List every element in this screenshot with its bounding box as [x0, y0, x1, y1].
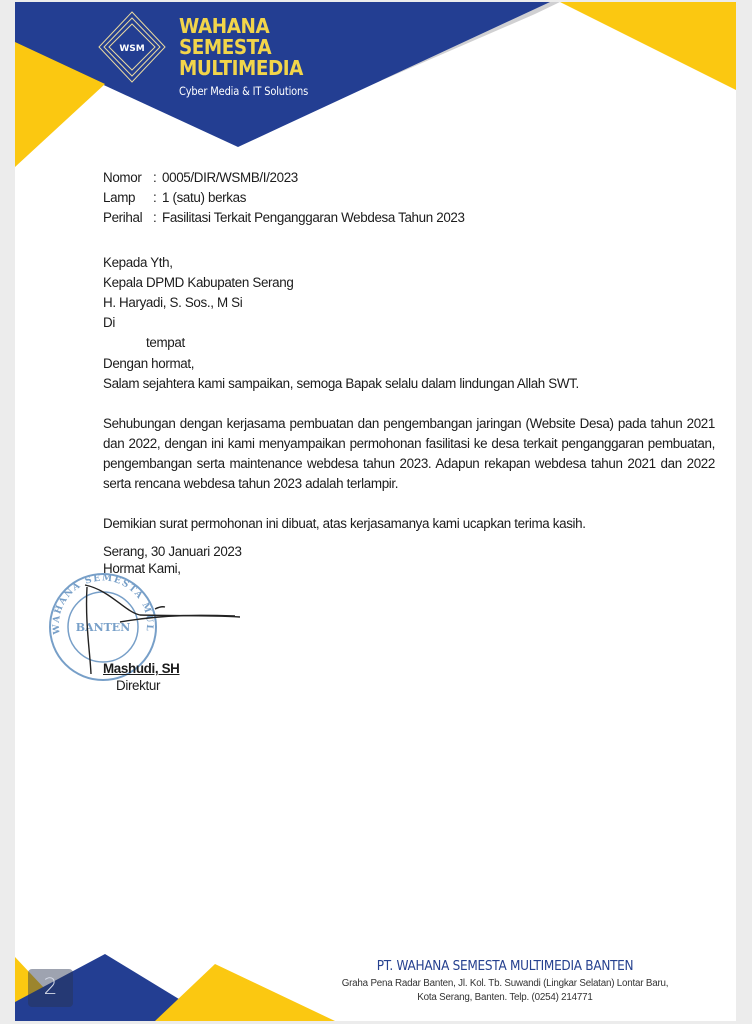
- reference-block: Nomor:0005/DIR/WSMB/I/2023 Lamp:1 (satu)…: [103, 168, 715, 228]
- signatory-name: Mashudi, SH: [103, 660, 715, 677]
- reference-row: Nomor:0005/DIR/WSMB/I/2023: [103, 168, 715, 188]
- logo-line-2: SEMESTA: [179, 37, 303, 58]
- main-paragraph: Sehubungan dengan kerjasama pembuatan da…: [103, 414, 715, 494]
- signatory-title: Direktur: [103, 677, 715, 694]
- reference-value: 0005/DIR/WSMB/I/2023: [162, 168, 298, 188]
- footer-address-line-1: Graha Pena Radar Banten, Jl. Kol. Tb. Su…: [305, 977, 705, 991]
- company-tagline: Cyber Media & IT Solutions: [179, 84, 308, 98]
- footer-address-line-2: Kota Serang, Banten. Telp. (0254) 214771: [305, 991, 705, 1005]
- recipient-location-prefix: Di: [103, 313, 715, 333]
- reference-label: Nomor: [103, 168, 153, 188]
- company-logo-wordmark: WAHANA SEMESTA MULTIMEDIA: [179, 16, 303, 79]
- recipient-position: Kepala DPMD Kabupaten Serang: [103, 273, 715, 293]
- footer-address: Graha Pena Radar Banten, Jl. Kol. Tb. Su…: [305, 977, 705, 1005]
- svg-text:BANTEN: BANTEN: [76, 621, 131, 634]
- logo-line-3: MULTIMEDIA: [179, 58, 303, 79]
- recipient-name: H. Haryadi, S. Sos., M Si: [103, 293, 715, 313]
- recipient-salutation: Kepada Yth,: [103, 253, 715, 273]
- logo-mark: WSM: [115, 44, 149, 54]
- letter-page: BANTEN WAHANA SEMESTA MULTIMEDIA WAHANA …: [15, 2, 736, 1021]
- logo-line-1: WAHANA: [179, 16, 303, 37]
- footer-company-name: PT. WAHANA SEMESTA MULTIMEDIA BANTEN: [333, 959, 677, 974]
- recipient-block: Kepada Yth, Kepala DPMD Kabupaten Serang…: [103, 253, 715, 353]
- reference-label: Perihal: [103, 208, 153, 228]
- signature-block: Serang, 30 Januari 2023 Hormat Kami,: [103, 543, 715, 577]
- signature-place-date: Serang, 30 Januari 2023: [103, 543, 715, 560]
- reference-row: Perihal:Fasilitasi Terkait Penganggaran …: [103, 208, 715, 228]
- recipient-location: tempat: [103, 333, 715, 353]
- opening-line: Salam sejahtera kami sampaikan, semoga B…: [103, 374, 715, 394]
- closing-line: Demikian surat permohonan ini dibuat, at…: [103, 514, 715, 534]
- reference-label: Lamp: [103, 188, 153, 208]
- letter-body: Dengan hormat, Salam sejahtera kami samp…: [103, 354, 715, 534]
- reference-row: Lamp:1 (satu) berkas: [103, 188, 715, 208]
- reference-value: Fasilitasi Terkait Penganggaran Webdesa …: [162, 208, 465, 228]
- signatory: Mashudi, SH Direktur: [103, 660, 715, 694]
- reference-value: 1 (satu) berkas: [162, 188, 246, 208]
- greeting: Dengan hormat,: [103, 354, 715, 374]
- header-yellow-right: [560, 2, 736, 90]
- signature-regards: Hormat Kami,: [103, 560, 715, 577]
- page-number-indicator[interactable]: 2: [28, 969, 73, 1007]
